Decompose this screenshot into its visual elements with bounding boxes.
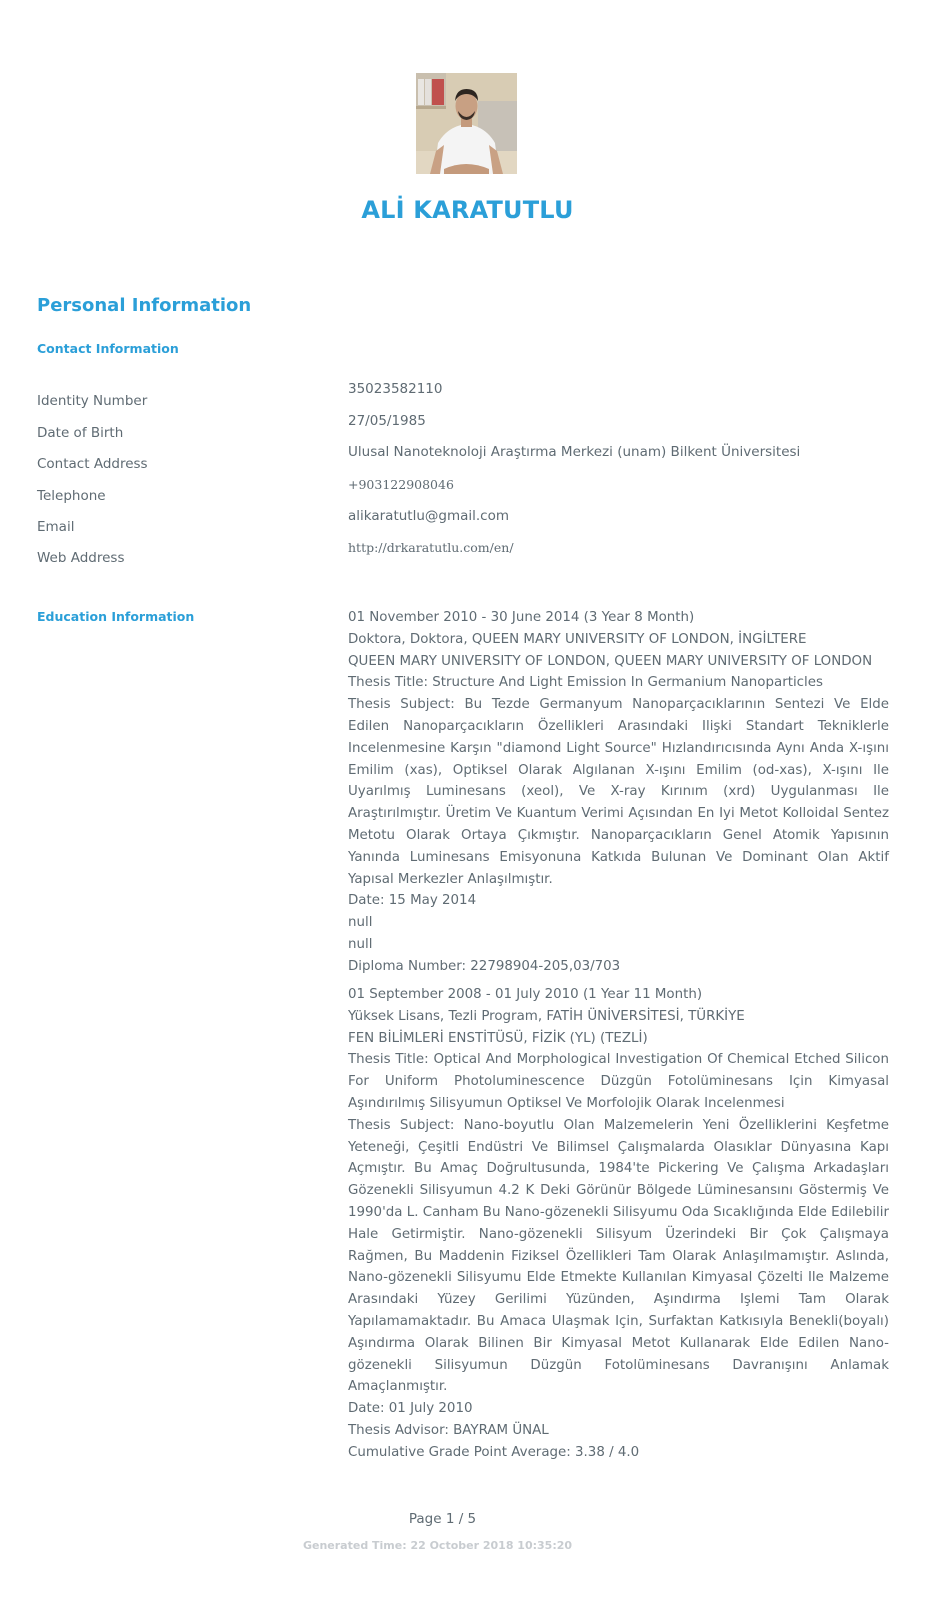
value-email[interactable]: alikaratutlu@gmail.com [348, 508, 509, 524]
education-thesis-subject: Thesis Subject: Nano-boyutlu Olan Malzem… [348, 1115, 889, 1398]
value-web-address[interactable]: http://drkaratutlu.com/en/ [348, 540, 514, 555]
education-thesis-subject: Thesis Subject: Bu Tezde Germanyum Nanop… [348, 694, 889, 890]
value-contact-address: Ulusal Nanoteknoloji Araştırma Merkezi (… [348, 444, 800, 460]
value-telephone: +903122908046 [348, 477, 454, 492]
education-degree: Yüksek Lisans, Tezli Program, FATİH ÜNİV… [348, 1006, 889, 1028]
label-email: Email [37, 519, 74, 535]
page-number: Page 1 / 5 [0, 1511, 885, 1527]
education-date: Date: 15 May 2014 [348, 890, 889, 912]
education-date: Date: 01 July 2010 [348, 1398, 889, 1420]
education-extra-1: null [348, 912, 889, 934]
profile-photo [416, 73, 517, 174]
education-entry: 01 November 2010 - 30 June 2014 (3 Year … [348, 607, 889, 978]
label-identity-number: Identity Number [37, 393, 147, 409]
label-contact-address: Contact Address [37, 456, 148, 472]
generated-time: Generated Time: 22 October 2018 10:35:20 [0, 1539, 875, 1552]
label-web-address: Web Address [37, 550, 125, 566]
education-diploma-number: Diploma Number: 22798904-205,03/703 [348, 956, 889, 978]
value-identity-number: 35023582110 [348, 381, 442, 397]
subsection-title-education-information: Education Information [37, 609, 194, 624]
label-telephone: Telephone [37, 488, 106, 504]
education-thesis-title: Thesis Title: Structure And Light Emissi… [348, 672, 889, 694]
person-name: ALİ KARATUTLU [0, 196, 935, 224]
education-thesis-title: Thesis Title: Optical And Morphological … [348, 1049, 889, 1114]
section-title-personal-information: Personal Information [37, 295, 251, 316]
education-period: 01 September 2008 - 01 July 2010 (1 Year… [348, 984, 889, 1006]
education-entry: 01 September 2008 - 01 July 2010 (1 Year… [348, 984, 889, 1464]
education-period: 01 November 2010 - 30 June 2014 (3 Year … [348, 607, 889, 629]
education-department: QUEEN MARY UNIVERSITY OF LONDON, QUEEN M… [348, 651, 889, 673]
value-date-of-birth: 27/05/1985 [348, 413, 426, 429]
education-gpa: Cumulative Grade Point Average: 3.38 / 4… [348, 1442, 889, 1464]
education-extra-2: null [348, 934, 889, 956]
label-date-of-birth: Date of Birth [37, 425, 123, 441]
education-degree: Doktora, Doktora, QUEEN MARY UNIVERSITY … [348, 629, 889, 651]
person-portrait-icon [416, 73, 517, 174]
education-department: FEN BİLİMLERİ ENSTİTÜSÜ, FİZİK (YL) (TEZ… [348, 1028, 889, 1050]
subsection-title-contact-information: Contact Information [37, 341, 179, 356]
education-thesis-advisor: Thesis Advisor: BAYRAM ÜNAL [348, 1420, 889, 1442]
